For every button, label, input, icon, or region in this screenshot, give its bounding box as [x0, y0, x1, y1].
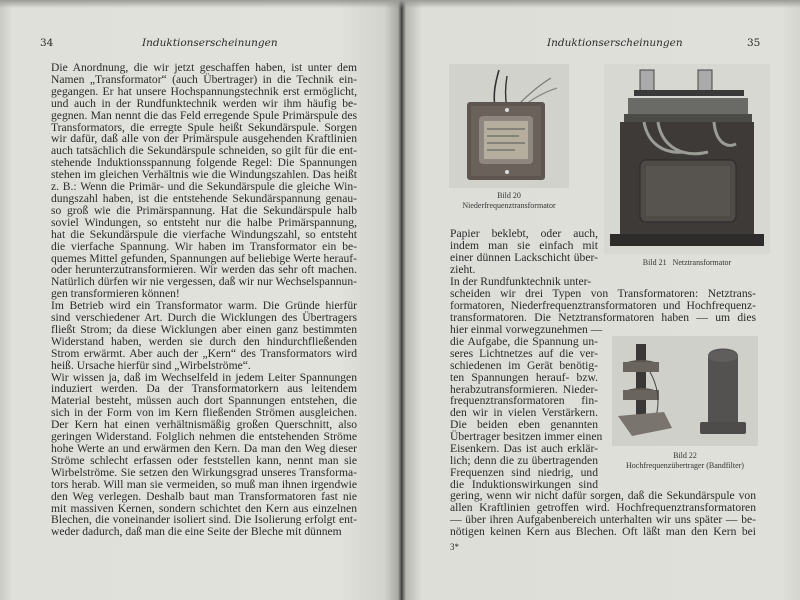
- figure-caption: Hochfrequenzübertrager (Bandfilter): [600, 461, 770, 471]
- figure-bild-21-caption: Bild 21 Netztransformator: [604, 258, 770, 268]
- text-line: tors herab. Will man sie vermeiden, so m…: [51, 479, 357, 491]
- figure-caption: Netztransformator: [673, 258, 732, 267]
- text-line: soviel Windungen, so entsteht nur die ha…: [51, 217, 357, 229]
- text-line: gegnen. Man nennt die das Feld erregende…: [51, 110, 357, 122]
- text-line: den Weg verlegen. Deshalb baut man Trans…: [51, 491, 357, 503]
- text-line: die vierfache Spannung. Wir haben im Tra…: [51, 241, 357, 253]
- figure-bild-21-photo: [604, 64, 770, 254]
- text-line: nötigen keinen Kern aus Blechen. Oft läß…: [450, 526, 756, 538]
- text-line: Widerstand haben, werden sie durch den h…: [51, 336, 357, 348]
- figure-number: Bild 21: [643, 258, 667, 267]
- figure-number: Bild 22: [600, 451, 770, 461]
- text-line: schiedenen im Gerät benötig-: [450, 360, 598, 372]
- right-page: Induktionserscheinungen 35 Bi: [402, 0, 800, 600]
- text-line: gegangen. Er hat unsere Hochspannungstec…: [51, 86, 357, 98]
- figure-bild-22-photo: [612, 336, 758, 446]
- left-page: 34 Induktionserscheinungen Die Anordnung…: [0, 0, 402, 600]
- text-line: transformatoren. Die Netztransformatoren…: [450, 312, 756, 324]
- body-text-wide-mid: scheiden wir drei Typen von Transformato…: [450, 288, 756, 324]
- text-line: Wirbelströme. Sie setzen den Wirkungsgra…: [51, 467, 357, 479]
- body-text-narrow-top: Papier beklebt, oder auch,indem man sie …: [450, 228, 598, 288]
- text-line: heiß. Ursache hierfür sind „Wirbelströme…: [51, 360, 357, 372]
- low-frequency-transformer-photo: [449, 64, 569, 188]
- text-line: so groß wie die Primärspannung. Hat die …: [51, 205, 357, 217]
- text-line: seres Lichtnetzes auf die ver-: [450, 348, 598, 360]
- text-line: weder dadurch, daß man die eine Seite de…: [51, 526, 357, 538]
- running-head: Induktionserscheinungen: [142, 37, 278, 49]
- figure-caption: Niederfrequenztransformator: [439, 201, 579, 211]
- text-line: ten Spannungen herauf- bzw.: [450, 372, 598, 384]
- page-number: 35: [747, 37, 760, 49]
- text-line: Frequenzen sind niedrig, und: [450, 467, 598, 479]
- figure-bild-20-photo: [449, 64, 569, 188]
- page-number: 34: [40, 37, 53, 49]
- figure-number: Bild 20: [439, 191, 579, 201]
- figure-bild-22-caption: Bild 22 Hochfrequenzübertrager (Bandfilt…: [600, 451, 770, 471]
- text-line: Strom erwärmt. Aber auch der „Kern“ des …: [51, 348, 357, 360]
- body-text-narrow-bottom: hier einmal vorwegzunehmen —die Aufgabe,…: [450, 324, 598, 491]
- text-line: hat die Sekundärspule die vierfache Wind…: [51, 229, 357, 241]
- top-shadow: [0, 0, 800, 8]
- text-line: und auch in der Rundfunktechnik werden w…: [51, 98, 357, 110]
- body-text-wide-bottom: gering, wenn wir nicht dafür sorgen, daß…: [450, 490, 756, 538]
- text-line: In der Rundfunktechnik unter-: [450, 276, 598, 288]
- figure-bild-20-caption: Bild 20 Niederfrequenztransformator: [439, 191, 579, 211]
- text-line: einer dünnen Lackschicht über-: [450, 252, 598, 264]
- book-spread: 34 Induktionserscheinungen Die Anordnung…: [0, 0, 800, 600]
- signature-mark: 3*: [450, 542, 459, 552]
- text-line: — über ihren Aufgabenbereich unterhalten…: [450, 514, 756, 526]
- mains-transformer-photo: [604, 64, 770, 254]
- hf-transformer-bandfilter-photo: [612, 336, 758, 446]
- running-head: Induktionserscheinungen: [547, 37, 683, 49]
- body-text: Die Anordnung, die wir jetzt geschaffen …: [51, 62, 357, 538]
- text-line: zieht.: [450, 264, 598, 276]
